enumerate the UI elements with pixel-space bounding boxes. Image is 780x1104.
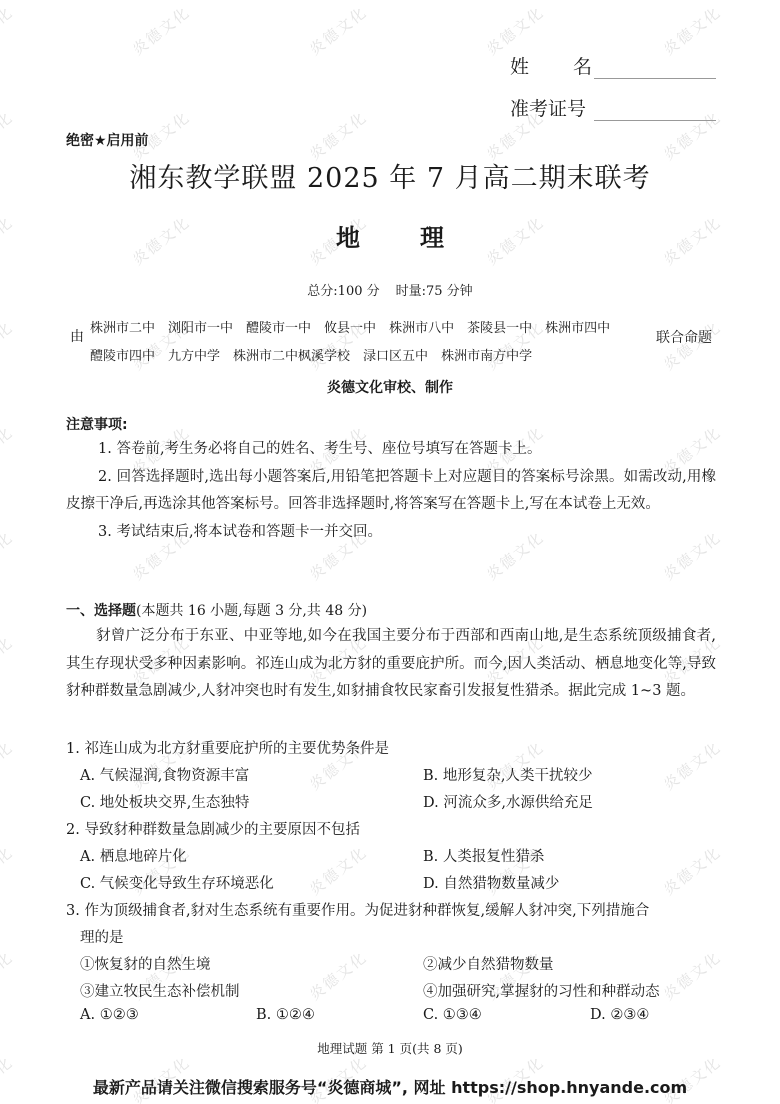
school-name: 九方中学 [168, 349, 220, 364]
exam-page: 姓 名 准考证号 绝密★启用前 湘东教学联盟 2025 年 7 月高二期末联考 … [0, 0, 780, 1104]
exam-meta: 总分:100 分时量:75 分钟 [0, 280, 780, 299]
question-2-option-b[interactable]: B. 人类报复性猎杀 [423, 845, 544, 866]
school-name: 茶陵县一中 [467, 321, 532, 336]
notes-title: 注意事项: [66, 414, 128, 434]
by-label: 由 [70, 326, 84, 346]
school-name: 株洲市二中 [90, 321, 155, 336]
school-line-1: 株洲市二中浏阳市一中醴陵市一中攸县一中株洲市八中茶陵县一中株洲市四中 [90, 315, 660, 343]
note-item: 2. 回答选择题时,选出每小题答案后,用铅笔把答题卡上对应题目的答案标号涂黑。如… [66, 464, 716, 519]
question-1-option-b[interactable]: B. 地形复杂,人类干扰较少 [423, 764, 592, 785]
question-1-option-d[interactable]: D. 河流众多,水源供给充足 [423, 791, 593, 812]
confidential-mark: 绝密★启用前 [66, 130, 149, 150]
school-name: 浏阳市一中 [168, 321, 233, 336]
question-3-option-c[interactable]: C. ①③④ [423, 1007, 482, 1023]
section-header: 一、选择题(本题共 16 小题,每题 3 分,共 48 分) [66, 600, 367, 620]
school-name: 株洲市四中 [545, 321, 610, 336]
question-2-stem: 2. 导致豺种群数量急剧减少的主要原因不包括 [66, 818, 360, 839]
question-3-option-d[interactable]: D. ②③④ [590, 1007, 649, 1023]
school-line-2: 醴陵市四中九方中学株洲市二中枫溪学校渌口区五中株洲市南方中学 [90, 343, 660, 371]
producer-label: 炎德文化审校、制作 [0, 377, 780, 397]
joint-label: 联合命题 [656, 327, 712, 347]
subject-char: 理 [420, 218, 444, 253]
school-name: 攸县一中 [324, 321, 376, 336]
question-3-stem: 3. 作为顶级捕食者,豺对生态系统有重要作用。为促进豺种群恢复,缓解人豺冲突,下… [66, 899, 649, 920]
exam-title: 湘东教学联盟 2025 年 7 月高二期末联考 [0, 156, 780, 195]
exam-id-field[interactable]: 准考证号 [510, 94, 716, 121]
question-3-option-a[interactable]: A. ①②③ [80, 1007, 139, 1023]
reading-passage: 豺曾广泛分布于东亚、中亚等地,如今在我国主要分布于西部和西南山地,是生态系统顶级… [66, 623, 716, 706]
name-label-char: 姓 [510, 52, 529, 79]
school-name: 醴陵市四中 [90, 349, 155, 364]
section-title: 一、选择题 [66, 603, 136, 619]
school-name: 株洲市八中 [389, 321, 454, 336]
school-name: 醴陵市一中 [246, 321, 311, 336]
section-desc: (本题共 16 小题,每题 3 分,共 48 分) [136, 603, 367, 619]
question-3-statement-4: ④加强研究,掌握豺的习性和种群动态 [423, 980, 660, 1001]
school-name: 渌口区五中 [363, 349, 428, 364]
notes-list: 1. 答卷前,考生务必将自己的姓名、考生号、座位号填写在答题卡上。 2. 回答选… [66, 436, 716, 546]
question-3-statement-1: ①恢复豺的自然生境 [80, 953, 211, 974]
question-3-stem-cont: 理的是 [80, 926, 124, 947]
question-1-option-a[interactable]: A. 气候湿润,食物资源丰富 [80, 764, 249, 785]
note-item: 1. 答卷前,考生务必将自己的姓名、考生号、座位号填写在答题卡上。 [66, 436, 716, 464]
school-name: 株洲市南方中学 [441, 349, 532, 364]
exam-id-label: 准考证号 [510, 94, 592, 121]
question-3-statement-3: ③建立牧民生态补偿机制 [80, 980, 240, 1001]
question-2-option-a[interactable]: A. 栖息地碎片化 [80, 845, 187, 866]
name-label-char: 名 [573, 52, 592, 79]
name-field[interactable]: 姓 名 [510, 52, 716, 79]
name-label: 姓 名 [510, 52, 592, 79]
school-name: 株洲市二中枫溪学校 [233, 349, 350, 364]
question-2-option-d[interactable]: D. 自然猎物数量减少 [423, 872, 559, 893]
question-3-statement-2: ②减少自然猎物数量 [423, 953, 554, 974]
question-2-option-c[interactable]: C. 气候变化导致生存环境恶化 [80, 872, 274, 893]
note-item: 3. 考试结束后,将本试卷和答题卡一并交回。 [66, 519, 716, 547]
question-1-stem: 1. 祁连山成为北方豺重要庇护所的主要优势条件是 [66, 737, 389, 758]
subject-title: 地理 [0, 218, 780, 253]
question-3-option-b[interactable]: B. ①②④ [256, 1007, 315, 1023]
duration: 时量:75 分钟 [396, 284, 473, 299]
exam-id-blank-line[interactable] [594, 100, 716, 121]
promo-banner: 最新产品请关注微信搜索服务号“炎德商城”, 网址 https://shop.hn… [0, 1075, 780, 1098]
school-list: 株洲市二中浏阳市一中醴陵市一中攸县一中株洲市八中茶陵县一中株洲市四中 醴陵市四中… [90, 315, 660, 371]
page-footer: 地理试题 第 1 页(共 8 页) [0, 1039, 780, 1057]
name-blank-line[interactable] [594, 58, 716, 79]
total-score: 总分:100 分 [307, 284, 379, 299]
subject-char: 地 [336, 218, 360, 253]
question-1-option-c[interactable]: C. 地处板块交界,生态独特 [80, 791, 249, 812]
